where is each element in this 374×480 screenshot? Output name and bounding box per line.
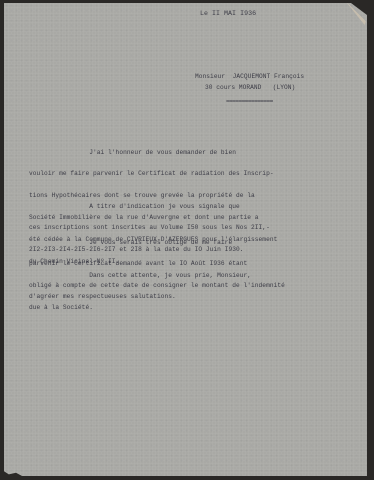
recipient-address: 30 cours MORAND (LYON): [205, 84, 295, 91]
paragraph-line: Je vous serais très obligé de me faire: [29, 239, 285, 246]
paragraph-closing: Dans cette attente, je vous prie, Monsie…: [29, 257, 251, 308]
letter-date: Le II MAI I936: [200, 10, 256, 17]
paragraph-line: d'agréer mes respectueuses salutations.: [29, 293, 251, 300]
paragraph-line: J'ai l'honneur de vous demander de bien: [29, 149, 277, 156]
recipient-name: Monsieur JACQUEMONT François: [195, 73, 304, 80]
paragraph-line: A titre d'indication je vous signale que: [29, 203, 270, 210]
address-underline: ===============: [226, 98, 273, 105]
paragraph-line: vouloir me faire parvenir le Certificat …: [29, 170, 277, 177]
paragraph-line: Dans cette attente, je vous prie, Monsie…: [29, 272, 251, 279]
